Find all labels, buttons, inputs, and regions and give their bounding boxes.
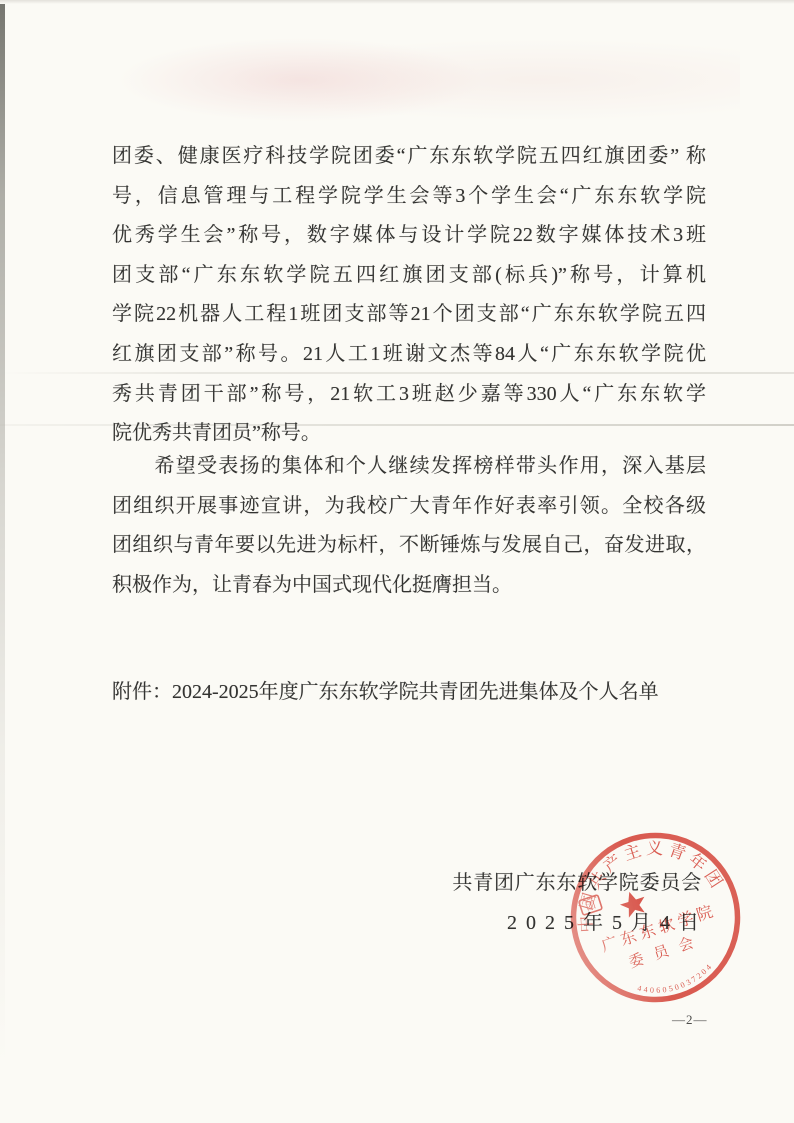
attachment-line: 附件：2024-2025年度广东东软学院共青团先进集体及个人名单 (112, 673, 706, 713)
text-line: 积极作为，让青春为中国式现代化挺膺担当。 (112, 566, 706, 606)
text-line: 号，信息管理与工程学院学生会等3个学生会“广东东软学院 (112, 177, 706, 217)
text-line: 团支部“广东东软学院五四红旗团支部(标兵)”称号，计算机 (112, 256, 706, 296)
seal-serial-number: 4406050037204 (634, 960, 718, 1004)
text-line: 团委、健康医疗科技学院团委“广东东软学院五四红旗团委” 称 (112, 137, 706, 177)
signature-date: 2025年5月4日 (507, 906, 708, 935)
scan-left-edge-shadow (0, 4, 5, 1064)
seal-committee-text: 委员会 (627, 931, 706, 971)
attachment-text: 附件：2024-2025年度广东东软学院共青团先进集体及个人名单 (112, 673, 706, 713)
body-paragraph-awards: 团委、健康医疗科技学院团委“广东东软学院五四红旗团委” 称号，信息管理与工程学院… (112, 137, 706, 454)
body-paragraph-closing: 希望受表扬的集体和个人继续发挥榜样带头作用，深入基层团组织开展事迹宣讲，为我校广… (112, 447, 706, 605)
text-line: 学院22机器人工程1班团支部等21个团支部“广东东软学院五四 (112, 295, 706, 335)
scanned-document-page: 团委、健康医疗科技学院团委“广东东软学院五四红旗团委” 称号，信息管理与工程学院… (0, 0, 794, 1123)
text-line: 团组织开展事迹宣讲，为我校广大青年作好表率引领。全校各级 (112, 487, 706, 527)
text-line: 希望受表扬的集体和个人继续发挥榜样带头作用，深入基层 (112, 447, 706, 487)
signature-organization: 共青团广东东软学院委员会 (452, 866, 702, 895)
text-line: 秀共青团干部”称号，21软工3班赵少嘉等330人“广东东软学 (112, 375, 706, 415)
svg-text:4406050037204: 4406050037204 (634, 960, 718, 1004)
text-line: 优秀学生会”称号，数字媒体与设计学院22数字媒体技术3班 (112, 216, 706, 256)
text-line: 红旗团支部”称号。21人工1班谢文杰等84人“广东东软学院优 (112, 335, 706, 375)
text-line: 团组织与青年要以先进为标杆，不断锤炼与发展自己，奋发进取， (112, 526, 706, 566)
scan-top-edge-shadow (0, 0, 794, 4)
page-number: —2— (672, 1012, 708, 1028)
